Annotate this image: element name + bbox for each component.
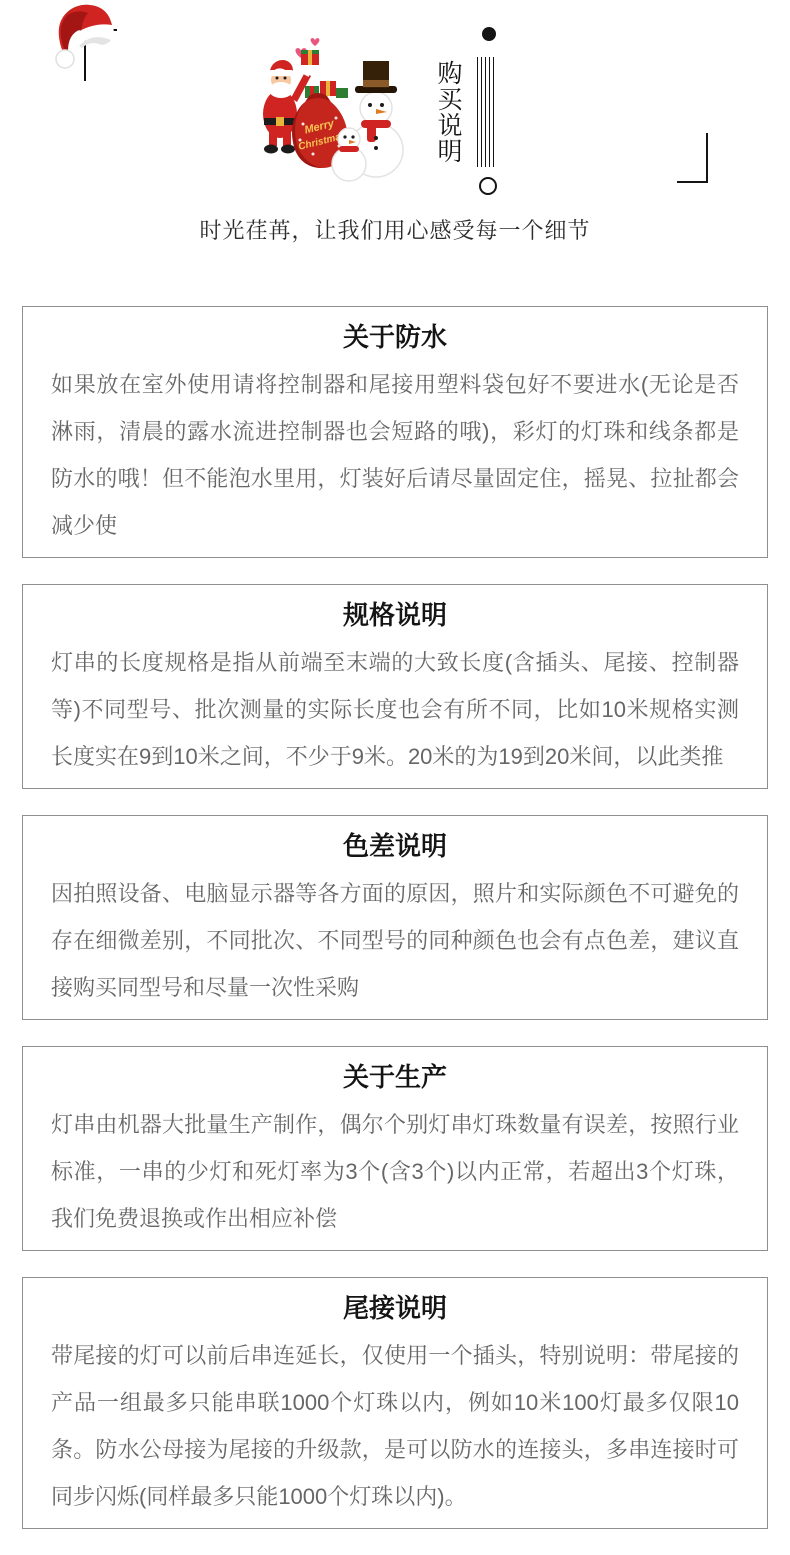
corner-mark-bottom-right-horizontal	[677, 181, 708, 183]
info-box-waterproof: 关于防水 如果放在室外使用请将控制器和尾接用塑料袋包好不要进水(无论是否淋雨，清…	[22, 306, 768, 558]
corner-mark-bottom-right-vertical	[706, 133, 708, 183]
box-body: 灯串的长度规格是指从前端至末端的大致长度(含插头、尾接、控制器等)不同型号、批次…	[51, 639, 739, 780]
box-body: 灯串由机器大批量生产制作，偶尔个别灯串灯珠数量有误差，按照行业标准，一串的少灯和…	[51, 1101, 739, 1242]
info-box-specs: 规格说明 灯串的长度规格是指从前端至末端的大致长度(含插头、尾接、控制器等)不同…	[22, 584, 768, 789]
info-box-list: 关于防水 如果放在室外使用请将控制器和尾接用塑料袋包好不要进水(无论是否淋雨，清…	[0, 306, 790, 1529]
box-title: 规格说明	[51, 599, 739, 631]
box-title: 色差说明	[51, 830, 739, 862]
info-box-tail-connector: 尾接说明 带尾接的灯可以前后串连延长，仅使用一个插头，特别说明：带尾接的产品一组…	[22, 1277, 768, 1529]
box-title: 尾接说明	[51, 1292, 739, 1324]
info-box-production: 关于生产 灯串由机器大批量生产制作，偶尔个别灯串灯珠数量有误差，按照行业标准，一…	[22, 1046, 768, 1251]
box-title: 关于防水	[51, 321, 739, 353]
hollow-circle-icon	[479, 177, 497, 195]
gift-icon	[301, 50, 319, 65]
box-title: 关于生产	[51, 1061, 739, 1093]
vertical-page-title: 购买说明	[430, 60, 466, 164]
info-box-color-difference: 色差说明 因拍照设备、电脑显示器等各方面的原因，照片和实际颜色不可避免的存在细微…	[22, 815, 768, 1020]
vertical-hatch-lines	[477, 57, 494, 167]
christmas-scene-graphic: Merry Christmas	[243, 34, 413, 186]
filled-dot-icon	[482, 27, 496, 41]
santa-hat-icon	[48, 2, 122, 74]
box-body: 带尾接的灯可以前后串连延长，仅使用一个插头，特别说明：带尾接的产品一组最多只能串…	[51, 1332, 739, 1520]
header-banner: Merry Christmas	[0, 0, 790, 306]
header-subtitle: 时光荏苒，让我们用心感受每一个细节	[0, 214, 790, 245]
purchase-instructions-page: Merry Christmas	[0, 0, 790, 1555]
box-body: 因拍照设备、电脑显示器等各方面的原因，照片和实际颜色不可避免的存在细微差别，不同…	[51, 870, 739, 1011]
box-body: 如果放在室外使用请将控制器和尾接用塑料袋包好不要进水(无论是否淋雨，清晨的露水流…	[51, 361, 739, 549]
